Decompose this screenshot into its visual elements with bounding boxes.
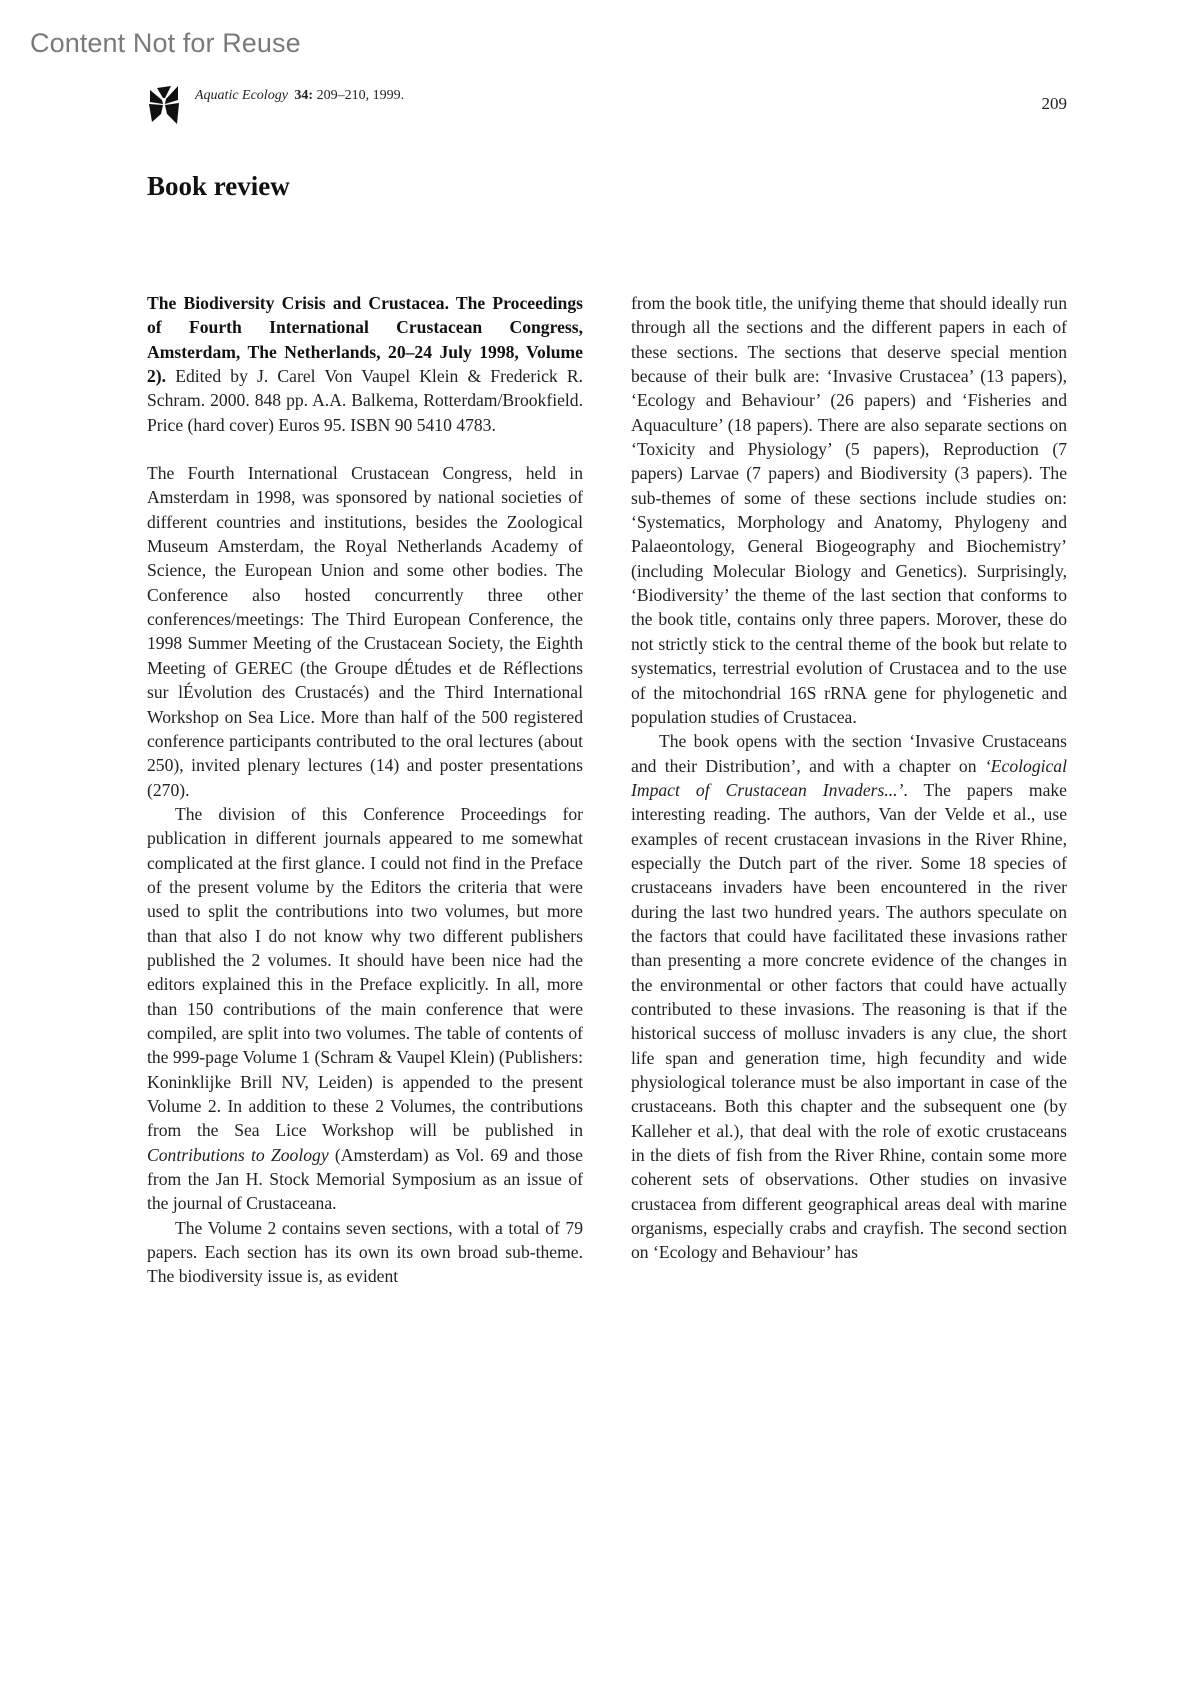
journal-header: Aquatic Ecology 34: 209–210, 1999. 209 [147,84,1067,124]
paragraph-1: The Fourth International Crustacean Cong… [147,461,583,802]
journal-pages-year: 209–210, 1999. [317,88,405,103]
journal-volume: 34: [294,88,313,103]
journal-reference-italic: Contributions to Zoology [147,1145,329,1165]
paragraph-2: The division of this Conference Proceedi… [147,802,583,1216]
book-reference: The Biodiversity Crisis and Crustacea. T… [147,291,583,437]
section-title: Book review [147,171,290,202]
paragraph-4: The book opens with the section ‘Invasiv… [631,729,1067,1265]
left-column: The Biodiversity Crisis and Crustacea. T… [147,291,583,1289]
paragraph-3-continued: from the book title, the unifying theme … [631,291,1067,729]
page-number: 209 [1042,94,1068,114]
watermark: Content Not for Reuse [30,28,301,59]
citation: Aquatic Ecology 34: 209–210, 1999. [195,88,404,104]
publisher-logo-icon [147,84,181,124]
journal-name: Aquatic Ecology [195,88,288,103]
paragraph-3: The Volume 2 contains seven sections, wi… [147,1216,583,1289]
paragraph-2-text-a: The division of this Conference Proceedi… [147,804,583,1140]
right-column: from the book title, the unifying theme … [631,291,1067,1265]
paragraph-4-text-b: . The pa­pers make interesting reading. … [631,780,1067,1263]
book-details: Edited by J. Carel Von Vaupel Klein & Fr… [147,366,583,435]
